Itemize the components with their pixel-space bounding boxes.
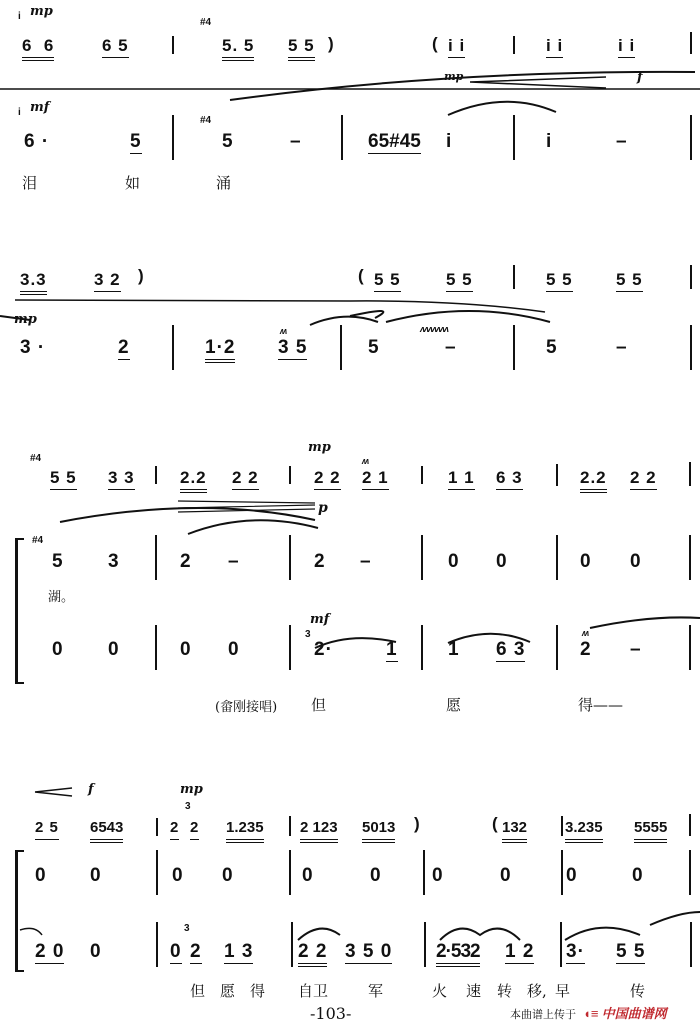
grace-note: 3 bbox=[185, 802, 191, 812]
mordent-mark: ʍ bbox=[280, 326, 287, 336]
note-group: 132 bbox=[502, 818, 527, 843]
open-paren: ( bbox=[358, 266, 365, 286]
open-paren: ( bbox=[432, 34, 439, 54]
close-paren: ) bbox=[328, 34, 335, 54]
rest: 0 bbox=[52, 640, 64, 660]
note-group: 65#45 bbox=[368, 132, 421, 154]
barline bbox=[561, 850, 563, 895]
note-group: 2 2 bbox=[314, 468, 341, 490]
rest: 0 bbox=[228, 640, 240, 660]
note-group: 6543 bbox=[90, 818, 123, 843]
system-bracket bbox=[15, 538, 24, 684]
note: 5 bbox=[546, 338, 558, 358]
barline bbox=[561, 816, 563, 836]
grace-note: i bbox=[18, 108, 21, 118]
note: 3· bbox=[566, 942, 585, 964]
rest: 0 bbox=[496, 552, 508, 572]
note-group: 1 1 bbox=[448, 468, 475, 490]
watermark: 本曲谱上传于 ◖≡ 中国曲谱网 bbox=[510, 1003, 667, 1022]
system-bracket bbox=[15, 850, 24, 972]
barline bbox=[690, 265, 692, 289]
note: i bbox=[446, 132, 452, 152]
lyric: 涌 bbox=[216, 172, 231, 193]
rest: 0 bbox=[432, 866, 444, 886]
barline bbox=[556, 625, 558, 670]
note: 1 bbox=[386, 640, 398, 662]
dash: – bbox=[290, 132, 302, 152]
barline bbox=[690, 922, 692, 967]
barline bbox=[289, 850, 291, 895]
note-group: 5. 5 bbox=[222, 36, 254, 61]
note: 5 bbox=[52, 552, 64, 572]
barline bbox=[689, 850, 691, 895]
barline bbox=[156, 818, 158, 836]
barline bbox=[289, 466, 291, 484]
barline bbox=[513, 36, 515, 54]
barline bbox=[155, 466, 157, 484]
dynamic-mark: mp bbox=[30, 4, 53, 19]
dynamic-mark: mf bbox=[30, 100, 49, 115]
mordent-mark: ʍ bbox=[362, 456, 369, 466]
note-group: 5 5 bbox=[446, 270, 473, 292]
page-number: -103- bbox=[310, 1004, 351, 1023]
dynamic-mark: mp bbox=[308, 440, 331, 455]
rest: 0 bbox=[302, 866, 314, 886]
barline bbox=[556, 535, 558, 580]
note: 2 bbox=[314, 552, 326, 572]
note-group: 5 5 bbox=[616, 270, 643, 292]
note: 5 bbox=[368, 338, 380, 358]
barline bbox=[690, 115, 692, 160]
grace-note: #4 bbox=[30, 454, 41, 464]
note: 2 bbox=[180, 552, 192, 572]
grace-note: 3 bbox=[184, 924, 190, 934]
grace-note: #4 bbox=[200, 18, 211, 28]
note-group: i i bbox=[618, 36, 635, 58]
note-group: 5013 bbox=[362, 818, 395, 843]
rest: 0 bbox=[632, 866, 644, 886]
note-group: 1.235 bbox=[226, 818, 264, 843]
note-group: 2 2 bbox=[630, 468, 657, 490]
note-group: 5 5 bbox=[50, 468, 77, 490]
dynamic-mark: mf bbox=[310, 612, 329, 627]
barline bbox=[291, 922, 293, 967]
lyric: 传 bbox=[630, 980, 645, 1001]
note: 2 bbox=[190, 818, 199, 840]
grace-note: 3 bbox=[305, 630, 311, 640]
note: 5 bbox=[222, 132, 234, 152]
rest: 0 bbox=[172, 866, 184, 886]
grace-note: i bbox=[18, 12, 21, 22]
note-group: 3.3 bbox=[20, 270, 47, 295]
lyric: 得—— bbox=[578, 694, 623, 715]
barline bbox=[289, 535, 291, 580]
lyric: 早 bbox=[555, 980, 570, 1001]
barline bbox=[156, 850, 158, 895]
note-group: i i bbox=[448, 36, 465, 58]
lyric: 转 bbox=[497, 980, 512, 1001]
rest: 0 bbox=[500, 866, 512, 886]
lyric-cue: (畲刚接唱) bbox=[215, 696, 277, 715]
note-group: 5 5 bbox=[288, 36, 315, 61]
note-group: 5 5 bbox=[616, 942, 645, 964]
note-group: 1 2 bbox=[505, 942, 534, 964]
slurs-and-hairpins bbox=[0, 0, 700, 1025]
barline bbox=[513, 265, 515, 289]
lyric: 军 bbox=[368, 980, 383, 1001]
note: 0 bbox=[170, 942, 182, 964]
dash: – bbox=[360, 552, 372, 572]
note-group: 2 2 bbox=[232, 468, 259, 490]
barline bbox=[155, 535, 157, 580]
note-group: 5 5 bbox=[374, 270, 401, 292]
lyric: 湖。 bbox=[48, 586, 74, 605]
note: 2 bbox=[170, 818, 179, 840]
barline bbox=[424, 922, 426, 967]
barline bbox=[421, 535, 423, 580]
barline bbox=[689, 535, 691, 580]
lyric: 移, bbox=[527, 980, 547, 1001]
barline bbox=[172, 325, 174, 370]
note: 1 bbox=[448, 640, 460, 660]
rest: 0 bbox=[180, 640, 192, 660]
barline bbox=[689, 814, 691, 836]
close-paren: ) bbox=[138, 266, 145, 286]
note-group: 2 1 bbox=[362, 468, 389, 490]
note-group: 2.2 bbox=[180, 468, 207, 493]
mordent-mark: ʍ bbox=[582, 628, 589, 638]
rest: 0 bbox=[370, 866, 382, 886]
watermark-prefix: 本曲谱上传于 bbox=[510, 1009, 576, 1021]
rest: 0 bbox=[35, 866, 47, 886]
barline bbox=[289, 816, 291, 836]
note: 3 bbox=[108, 552, 120, 572]
barline bbox=[289, 625, 291, 670]
lyric: 但 bbox=[311, 694, 326, 715]
close-paren: ) bbox=[414, 814, 421, 834]
barline bbox=[689, 625, 691, 670]
dash: – bbox=[616, 132, 628, 152]
open-paren: ( bbox=[492, 814, 499, 834]
grace-note: #4 bbox=[32, 536, 43, 546]
note: 2 bbox=[190, 942, 202, 964]
dash: – bbox=[616, 338, 628, 358]
dash: – bbox=[445, 338, 457, 358]
rest: 0 bbox=[90, 866, 102, 886]
note-group: 1·2 bbox=[205, 338, 235, 363]
note-group: 3 3 bbox=[108, 468, 135, 490]
note: 2 bbox=[580, 640, 592, 660]
lyric: 但 bbox=[190, 980, 205, 1001]
note-group: 3 5 0 bbox=[345, 942, 392, 964]
barline bbox=[689, 462, 691, 486]
note-group: 2 2 bbox=[298, 942, 327, 967]
note-group: 1 3 bbox=[224, 942, 253, 964]
site-logo-icon: ◖≡ bbox=[583, 1006, 598, 1021]
barline bbox=[421, 466, 423, 484]
note-group: i i bbox=[546, 36, 563, 58]
note: 2· bbox=[314, 640, 333, 660]
dash: – bbox=[228, 552, 240, 572]
note-group: 3 2 bbox=[94, 270, 121, 292]
barline bbox=[421, 625, 423, 670]
dynamic-mark: mp bbox=[180, 782, 203, 797]
lyric: 如 bbox=[125, 172, 140, 193]
lyric: 自卫 bbox=[298, 980, 328, 1001]
barline bbox=[423, 850, 425, 895]
note: 6 · bbox=[24, 132, 49, 152]
note-group: 2·532 bbox=[436, 942, 480, 967]
lyric: 火 bbox=[432, 980, 447, 1001]
note-group: 3 5 bbox=[278, 338, 307, 360]
rest: 0 bbox=[566, 866, 578, 886]
note-group: 3.235 bbox=[565, 818, 603, 843]
rest: 0 bbox=[580, 552, 592, 572]
dynamic-mark: f bbox=[88, 782, 94, 797]
note: i bbox=[546, 132, 552, 152]
note-group: 6 3 bbox=[496, 468, 523, 490]
barline bbox=[340, 325, 342, 370]
dynamic-mark: mp bbox=[444, 70, 463, 83]
rest: 0 bbox=[90, 942, 102, 962]
dash: – bbox=[630, 640, 642, 660]
rest: 0 bbox=[630, 552, 642, 572]
dynamic-mark: mp bbox=[14, 312, 37, 327]
grace-note: #4 bbox=[200, 116, 211, 126]
barline bbox=[690, 32, 692, 54]
barline bbox=[690, 325, 692, 370]
note-group: 5 5 bbox=[546, 270, 573, 292]
barline bbox=[513, 115, 515, 160]
note: 2 bbox=[118, 338, 130, 360]
note: 5 bbox=[130, 132, 142, 154]
lyric: 速 bbox=[466, 980, 481, 1001]
barline bbox=[155, 625, 157, 670]
note-group: 6 3 bbox=[496, 640, 525, 662]
dynamic-mark: p bbox=[318, 500, 328, 516]
note-group: 2 0 bbox=[35, 942, 64, 964]
note-group: 6 6 bbox=[22, 36, 54, 61]
lyric: 泪 bbox=[22, 172, 37, 193]
lyric: 得 bbox=[250, 980, 265, 1001]
note-group: 2 5 bbox=[35, 818, 59, 840]
lyric: 愿 bbox=[220, 980, 235, 1001]
note-group: 2 123 bbox=[300, 818, 338, 843]
rest: 0 bbox=[448, 552, 460, 572]
note: 3 · bbox=[20, 338, 45, 358]
dynamic-mark: f bbox=[637, 70, 643, 85]
trill-mark: ʌʌʌʌʌʌʌ bbox=[420, 324, 448, 334]
note-group: 2.2 bbox=[580, 468, 607, 493]
note-group: 5555 bbox=[634, 818, 667, 843]
barline bbox=[341, 115, 343, 160]
note-group: 6 5 bbox=[102, 36, 129, 58]
watermark-site[interactable]: 中国曲谱网 bbox=[602, 1006, 667, 1021]
barline bbox=[156, 922, 158, 967]
barline bbox=[172, 36, 174, 54]
rest: 0 bbox=[222, 866, 234, 886]
barline bbox=[556, 464, 558, 486]
lyric: 愿 bbox=[446, 694, 461, 715]
rest: 0 bbox=[108, 640, 120, 660]
barline bbox=[513, 325, 515, 370]
barline bbox=[560, 922, 562, 967]
barline bbox=[172, 115, 174, 160]
